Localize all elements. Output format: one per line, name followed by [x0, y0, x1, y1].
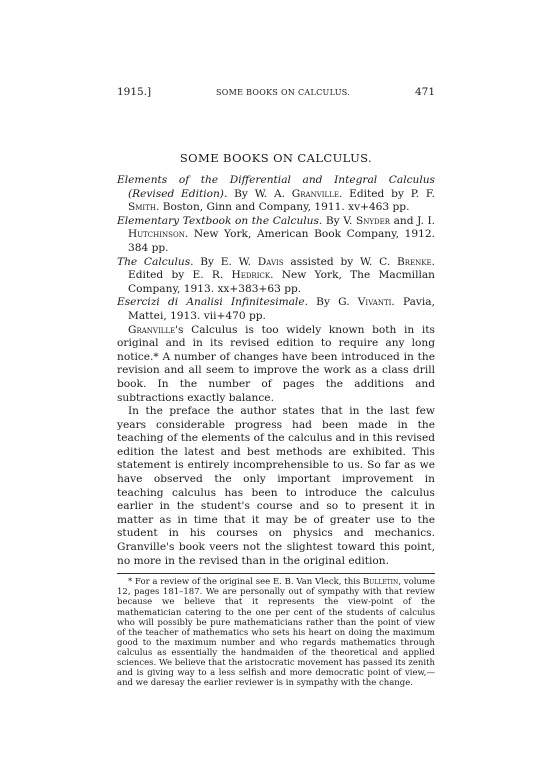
- running-head-year: 1915.]: [117, 86, 151, 98]
- book-title: The Calculus.: [117, 256, 194, 268]
- book-title: Esercizi di Analisi Infinitesimale.: [117, 296, 308, 308]
- editor-name: Smith: [128, 201, 156, 213]
- journal-name: Bulletin: [363, 577, 398, 587]
- coauthor-name: Hutchinson: [128, 228, 185, 240]
- bib-text: assisted by W. C.: [284, 256, 397, 268]
- footnote-text: * For a review of the original see E. B.…: [128, 577, 363, 587]
- bib-text: By W. A.: [227, 188, 291, 200]
- bib-text: . Edited by P. F.: [339, 188, 435, 200]
- book-title: Elementary Textbook on the Calculus.: [117, 215, 322, 227]
- bibliography-entry: Elements of the Differential and Integra…: [117, 174, 435, 215]
- footnote-rule: [117, 573, 435, 574]
- editor-name: Hedrick: [231, 269, 270, 281]
- bibliography-entry: Elementary Textbook on the Calculus. By …: [117, 215, 435, 256]
- footnote-text: , volume 12, pages 181–187. We are perso…: [117, 577, 435, 688]
- paragraph-1: Granville's Calculus is too widely known…: [117, 324, 435, 406]
- author-name: Snyder: [356, 215, 390, 227]
- bib-text: and J. I.: [390, 215, 435, 227]
- bib-text: By G.: [308, 296, 358, 308]
- bib-text: . Boston, Ginn and Company, 1911. xv+463…: [156, 201, 410, 213]
- page-number: 471: [415, 86, 435, 98]
- bibliography-entry: Esercizi di Analisi Infinitesimale. By G…: [117, 296, 435, 323]
- author-name: Vivanti: [358, 296, 392, 308]
- bib-text: By E. W.: [194, 256, 258, 268]
- author-name: Granville: [128, 324, 175, 336]
- assistant-name: Brenke: [397, 256, 432, 268]
- journal-page: 1915.] SOME BOOKS ON CALCULUS. 471 SOME …: [117, 86, 435, 688]
- article-body: Elements of the Differential and Integra…: [117, 174, 435, 568]
- footnote: * For a review of the original see E. B.…: [117, 577, 435, 688]
- running-head: 1915.] SOME BOOKS ON CALCULUS. 471: [117, 86, 435, 100]
- bibliography-entry: The Calculus. By E. W. Davis assisted by…: [117, 256, 435, 297]
- paragraph-2: In the preface the author states that in…: [117, 405, 435, 568]
- bib-text: By V.: [322, 215, 356, 227]
- author-name: Davis: [258, 256, 284, 268]
- article-title: SOME BOOKS ON CALCULUS.: [117, 151, 435, 165]
- author-name: Granville: [292, 188, 339, 200]
- running-head-title: SOME BOOKS ON CALCULUS.: [216, 88, 350, 97]
